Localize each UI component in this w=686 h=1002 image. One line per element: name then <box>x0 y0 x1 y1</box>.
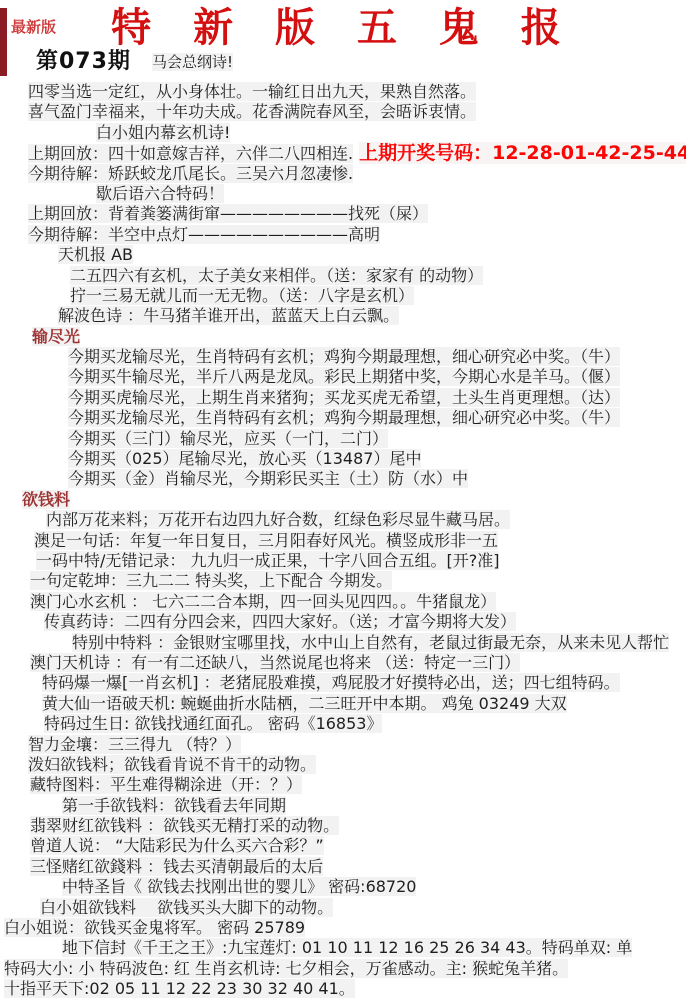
text-line: 上期回放：四十如意嫁吉祥，六伴二八四相连.上期开奖号码：12-28-01-42-… <box>0 143 686 163</box>
text-line: 内部万花来料；万花开右边四九好合数，红绿色彩尽显牛藏马居。 <box>0 510 686 530</box>
text-line: 泼妇欲钱料；欲钱看肯说不肯干的动物。 <box>0 755 686 775</box>
text-line: 白小姐说：欲钱买金鬼将军。 密码 25789 <box>0 918 686 938</box>
text-segment: 天机报 AB <box>58 245 133 264</box>
text-line: 今期买龙输尽光，生肖特码有玄机；鸡狗今期最理想，细心研究必中奖。（牛） <box>0 347 686 367</box>
text-segment: 特别中特料 ：金银财宝哪里找，水中山上自然有，老鼠过街最无奈，从来未见人帮忙 <box>72 633 669 652</box>
text-line: 白小姐欲钱料 欲钱买头大脚下的动物。 <box>0 898 686 918</box>
text-line: 上期回放：背着粪篓满街窜————————找死（屎） <box>0 204 686 224</box>
text-segment: 拧一三易无就儿而一无无物。（送：八字是玄机） <box>70 286 414 305</box>
text-segment: 四零当选一定红，从小身体壮。一输红日出九天，果熟自然落。 <box>28 82 476 101</box>
text-segment: 白小姐说：欲钱买金鬼将军。 密码 25789 <box>4 918 305 937</box>
text-line: 特码大小: 小 特码波色: 红 生肖玄机诗: 七夕相会，万雀感动。主: 猴蛇兔羊… <box>0 959 686 979</box>
text-line: 中特圣旨《 欲钱去找刚出世的婴儿》 密码:68720 <box>0 877 686 897</box>
text-line: 智力金壤：三三得九 （特？） <box>0 735 686 755</box>
text-line: 澳足一句话：年复一年日复日，三月阳春好风光。横竖成形非一五 <box>0 531 686 551</box>
issue-number: 第073期 <box>36 49 131 74</box>
text-segment: 地下信封《千王之王》:九宝莲灯: 01 10 11 12 16 25 26 34… <box>62 938 632 957</box>
text-line: 藏特图料：平生难得糊涂进（开：？） <box>0 775 686 795</box>
text-line: 澳门心水玄机 ： 七六二二合本期，四一回头见四四。。牛猪鼠龙） <box>0 592 686 612</box>
text-line: 白小姐内幕玄机诗! <box>0 123 686 143</box>
text-segment: 澳足一句话：年复一年日复日，三月阳春好风光。横竖成形非一五 <box>34 531 498 550</box>
text-segment: 一句定乾坤：三九二二 特头奖，上下配合 今期发。 <box>30 571 392 590</box>
text-line: 曾道人说： “大陆彩民为什么买六合彩？” <box>0 836 686 856</box>
text-line: 天机报 AB <box>0 245 686 265</box>
text-segment: 特码爆一爆[一肖玄机] ：老猪屁股难摸，鸡屁股才好摸特必出，送；四七组特码。 <box>42 673 620 692</box>
document-lines: 四零当选一定红，从小身体壮。一输红日出九天，果熟自然落。喜气盈门幸福来，十年功夫… <box>0 82 686 1000</box>
text-segment: 歇后语六合特码！ <box>96 184 224 203</box>
text-segment: 智力金壤：三三得九 （特？） <box>28 735 241 754</box>
text-line: 一码中特/无错记录： 九九归一成正果，十字八回合五组。[开?准] <box>0 551 686 571</box>
text-segment: 今期买牛输尽光，半斤八两是龙凤。彩民上期猪中奖，今期心水是羊马。（偃） <box>68 367 620 386</box>
text-segment: 上期回放：四十如意嫁吉祥，六伴二八四相连. <box>28 144 353 163</box>
issue-row: 第073期 马会总纲诗! <box>36 44 233 75</box>
text-segment: 白小姐内幕玄机诗! <box>96 123 230 142</box>
text-segment: 喜气盈门幸福来，十年功夫成。花香满院春风至，会晤诉衷情。 <box>28 102 476 121</box>
text-line: 地下信封《千王之王》:九宝莲灯: 01 10 11 12 16 25 26 34… <box>0 938 686 958</box>
text-line: 第一手欲钱料：欲钱看去年同期 <box>0 796 686 816</box>
text-line: 十指平天下:02 05 11 12 22 23 30 32 40 41。 <box>0 979 686 999</box>
text-segment: 翡翠财红欲钱料 ：欲钱买无精打采的动物。 <box>30 816 339 835</box>
text-segment: 内部万花来料；万花开右边四九好合数，红绿色彩尽显牛藏马居。 <box>46 510 510 529</box>
text-segment: 今期买（三门）输尽光，应买（一门，二门） <box>68 429 388 448</box>
text-segment: 曾道人说： “大陆彩民为什么买六合彩？” <box>30 836 324 855</box>
text-segment: 泼妇欲钱料；欲钱看肯说不肯干的动物。 <box>28 755 316 774</box>
section-shujinguang: 输尽光 <box>32 327 80 346</box>
text-line: 解波色诗 ：牛马猪羊谁开出，蓝蓝天上白云飘。 <box>0 306 686 326</box>
text-line: 今期买虎输尽光，上期生肖来猪狗；买龙买虎无希望，土头生肖更理想。（达） <box>0 388 686 408</box>
text-line: 欲钱料 <box>0 490 686 510</box>
text-segment: 一码中特/无错记录： 九九归一成正果，十字八回合五组。[开?准] <box>36 551 499 570</box>
text-segment: 今期买（金）肖输尽光，今期彩民买主（土）防（水）中 <box>68 469 468 488</box>
text-segment: 黄大仙一语破天机: 蜿蜒曲折水陆栖，二三旺开中本期。 鸡兔 03249 大双 <box>42 694 567 713</box>
text-line: 特码过生日: 欲钱找通红面孔。 密码《16853》 <box>0 714 686 734</box>
text-line: 今期买（金）肖输尽光，今期彩民买主（土）防（水）中 <box>0 469 686 489</box>
text-segment: 澳门天机诗 ：有一有二还缺八，当然说尾也将来 （送：特定一三门） <box>30 653 520 672</box>
text-segment: 上期回放：背着粪篓满街窜————————找死（屎） <box>28 204 428 223</box>
text-line: 拧一三易无就儿而一无无物。（送：八字是玄机） <box>0 286 686 306</box>
text-line: 今期待解：矫跃蛟龙爪尾长。三吴六月忽凄惨. <box>0 164 686 184</box>
text-segment: 今期买龙输尽光，生肖特码有玄机；鸡狗今期最理想，细心研究必中奖。（牛） <box>68 408 620 427</box>
text-segment: 今期买虎输尽光，上期生肖来猪狗；买龙买虎无希望，土头生肖更理想。（达） <box>68 388 620 407</box>
text-line: 今期买牛输尽光，半斤八两是龙凤。彩民上期猪中奖，今期心水是羊马。（偃） <box>0 367 686 387</box>
text-line: 特码爆一爆[一肖玄机] ：老猪屁股难摸，鸡屁股才好摸特必出，送；四七组特码。 <box>0 673 686 693</box>
text-line: 喜气盈门幸福来，十年功夫成。花香满院春风至，会晤诉衷情。 <box>0 102 686 122</box>
text-line: 黄大仙一语破天机: 蜿蜒曲折水陆栖，二三旺开中本期。 鸡兔 03249 大双 <box>0 694 686 714</box>
text-line: 今期买龙输尽光，生肖特码有玄机；鸡狗今期最理想，细心研究必中奖。（牛） <box>0 408 686 428</box>
text-segment: 特码大小: 小 特码波色: 红 生肖玄机诗: 七夕相会，万雀感动。主: 猴蛇兔羊… <box>4 959 568 978</box>
text-line: 翡翠财红欲钱料 ：欲钱买无精打采的动物。 <box>0 816 686 836</box>
text-line: 特别中特料 ：金银财宝哪里找，水中山上自然有，老鼠过街最无奈，从来未见人帮忙 <box>0 633 686 653</box>
text-segment: 第一手欲钱料：欲钱看去年同期 <box>62 796 286 815</box>
text-line: 四零当选一定红，从小身体壮。一输红日出九天，果熟自然落。 <box>0 82 686 102</box>
text-segment: 今期待解：半空中点灯——————————高明 <box>28 225 380 244</box>
text-segment: 二五四六有玄机，太子美女来相伴。（送：家家有 的动物） <box>70 266 483 285</box>
tip-sheet-page: 最新版 特 新 版 五 鬼 报 第073期 马会总纲诗! 四零当选一定红，从小身… <box>0 0 686 1002</box>
text-line: 今期待解：半空中点灯——————————高明 <box>0 225 686 245</box>
text-line: 二五四六有玄机，太子美女来相伴。（送：家家有 的动物） <box>0 266 686 286</box>
text-line: 歇后语六合特码！ <box>0 184 686 204</box>
prev-draw-numbers: 上期开奖号码：12-28-01-42-25-44+46 <box>359 142 686 164</box>
text-segment: 三怪赌红欲錢料 ：钱去买清朝最后的太后 <box>30 857 323 876</box>
text-segment: 今期待解：矫跃蛟龙爪尾长。三吴六月忽凄惨. <box>28 164 353 183</box>
text-segment: 传真药诗：二四有分四会来，四四大家好。（送；才富今期将大发） <box>44 612 516 631</box>
section-yuqianliao: 欲钱料 <box>22 490 70 509</box>
text-segment: 十指平天下:02 05 11 12 22 23 30 32 40 41。 <box>4 979 355 998</box>
text-segment: 中特圣旨《 欲钱去找刚出世的婴儿》 密码:68720 <box>62 877 416 896</box>
text-line: 澳门天机诗 ：有一有二还缺八，当然说尾也将来 （送：特定一三门） <box>0 653 686 673</box>
subtitle: 马会总纲诗! <box>152 53 233 71</box>
text-line: 一句定乾坤：三九二二 特头奖，上下配合 今期发。 <box>0 571 686 591</box>
text-segment: 解波色诗 ：牛马猪羊谁开出，蓝蓝天上白云飘。 <box>58 306 399 325</box>
text-segment: 今期买龙输尽光，生肖特码有玄机；鸡狗今期最理想，细心研究必中奖。（牛） <box>68 347 620 366</box>
text-line: 三怪赌红欲錢料 ：钱去买清朝最后的太后 <box>0 857 686 877</box>
text-line: 今期买（三门）输尽光，应买（一门，二门） <box>0 429 686 449</box>
text-segment: 藏特图料：平生难得糊涂进（开：？） <box>30 775 302 794</box>
text-segment: 今期买（025）尾输尽光，放心买（13487）尾中 <box>68 449 421 468</box>
text-line: 今期买（025）尾输尽光，放心买（13487）尾中 <box>0 449 686 469</box>
text-line: 传真药诗：二四有分四会来，四四大家好。（送；才富今期将大发） <box>0 612 686 632</box>
text-segment: 白小姐欲钱料 欲钱买头大脚下的动物。 <box>40 898 333 917</box>
text-segment: 澳门心水玄机 ： 七六二二合本期，四一回头见四四。。牛猪鼠龙） <box>30 592 496 611</box>
text-segment: 特码过生日: 欲钱找通红面孔。 密码《16853》 <box>44 714 382 733</box>
text-line: 输尽光 <box>0 327 686 347</box>
